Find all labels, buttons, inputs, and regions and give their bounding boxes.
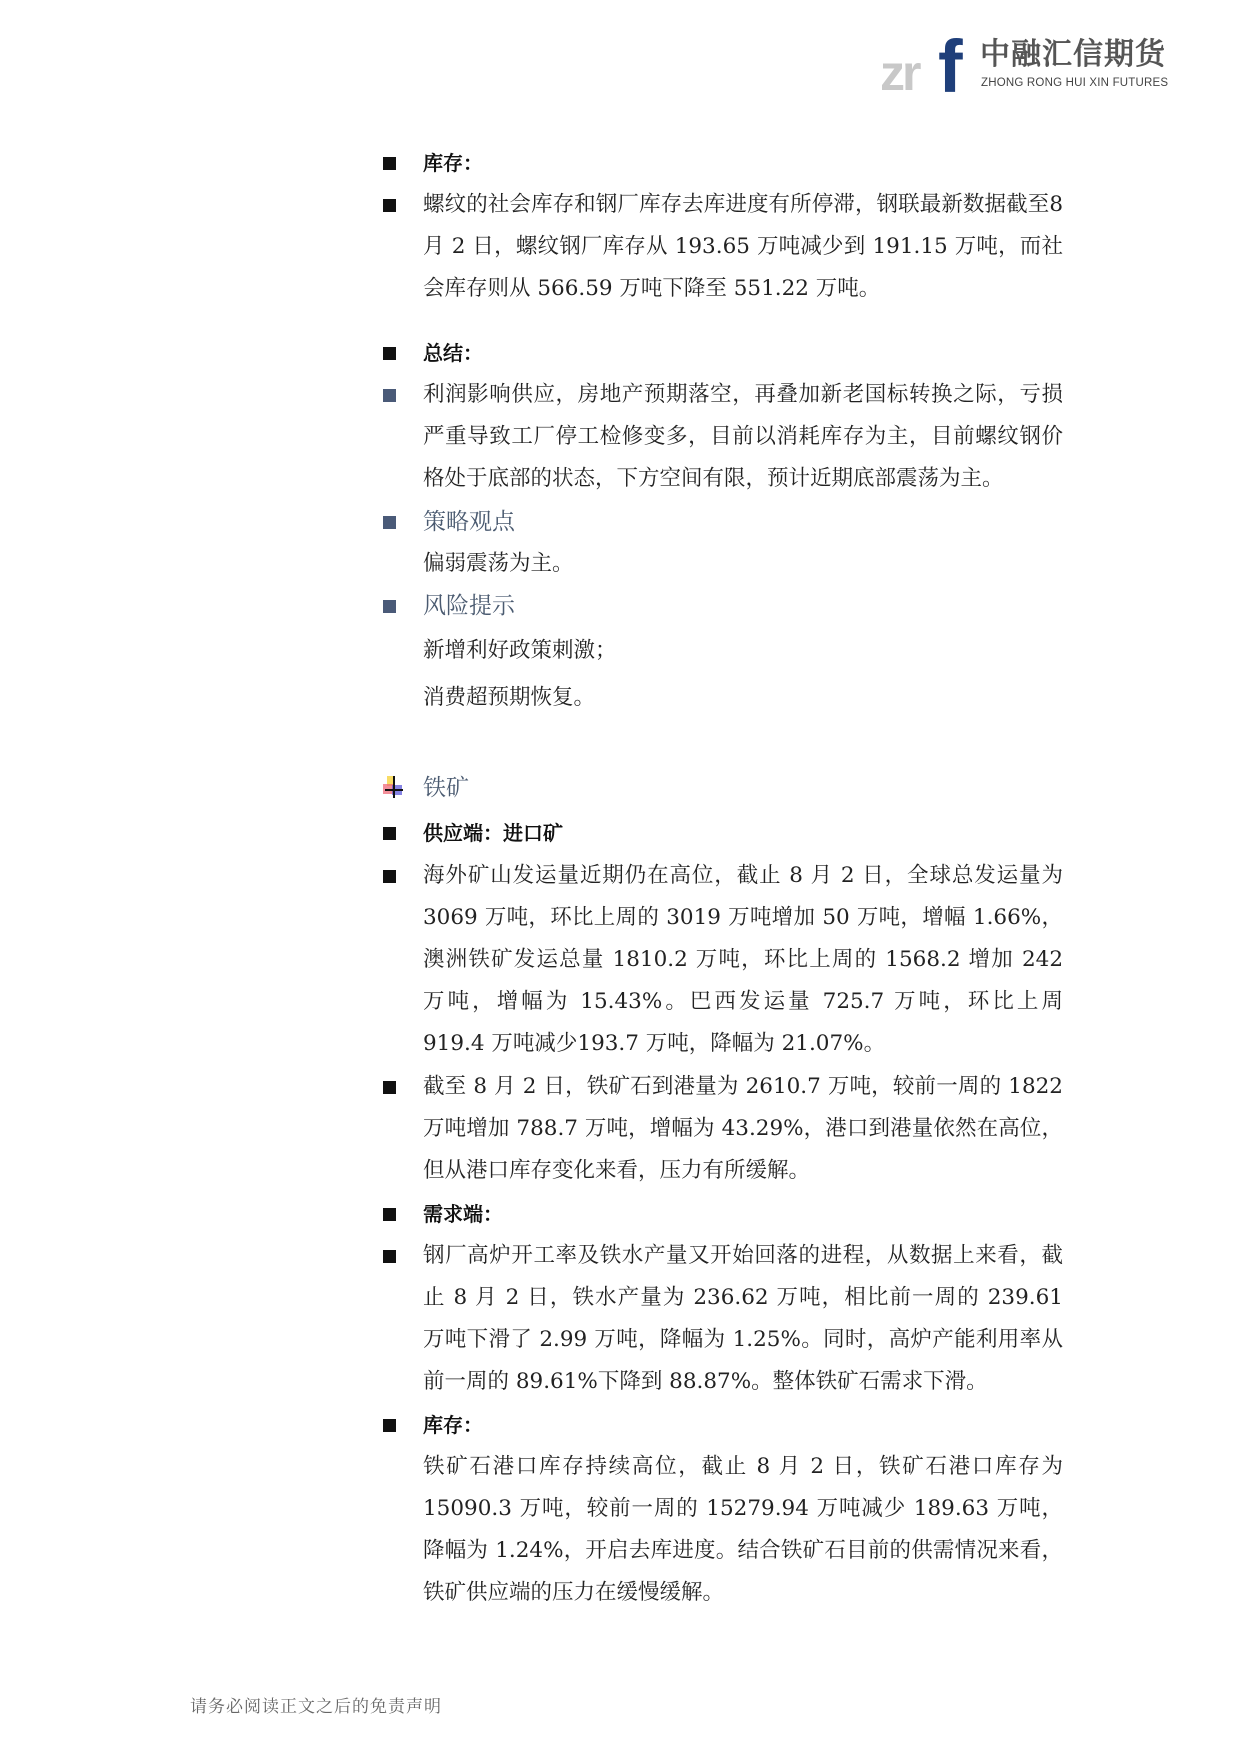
square-bullet-icon xyxy=(383,347,396,360)
paragraph-text: 利润影响供应，房地产预期落空，再叠加新老国标转换之际，亏损严重导致工厂停工检修变… xyxy=(423,374,1063,500)
disclaimer-footer: 请务必阅读正文之后的免责声明 xyxy=(190,1692,442,1717)
square-bullet-icon xyxy=(383,1081,396,1094)
section-heading: 风险提示 xyxy=(423,585,1063,627)
logo-mark-f: f xyxy=(938,30,963,104)
square-bullet-icon xyxy=(383,157,396,170)
section-label: 库存： xyxy=(423,1404,1063,1446)
square-bullet-icon xyxy=(383,600,396,613)
logo-mark-zr: zr xyxy=(880,48,918,98)
paragraph-text: 海外矿山发运量近期仍在高位，截止 8 月 2 日，全球总发运量为3069 万吨，… xyxy=(423,855,1063,1065)
square-bullet-icon xyxy=(383,1250,396,1263)
logo-company-name-en: ZHONG RONG HUI XIN FUTURES xyxy=(981,77,1168,89)
section-label: 需求端： xyxy=(423,1193,1063,1235)
section-heading: 策略观点 xyxy=(423,501,1063,543)
company-logo: zr f 中融汇信期货 ZHONG RONG HUI XIN FUTURES xyxy=(880,30,1170,94)
square-bullet-icon xyxy=(383,827,396,840)
section-label: 供应端：进口矿 xyxy=(423,812,1063,854)
logo-company-name-cn: 中融汇信期货 xyxy=(980,40,1166,70)
square-bullet-icon xyxy=(383,199,396,212)
square-bullet-icon xyxy=(383,1208,396,1221)
square-bullet-icon xyxy=(383,1419,396,1432)
colored-cross-bullet-icon xyxy=(383,776,405,798)
paragraph-text: 截至 8 月 2 日，铁矿石到港量为 2610.7 万吨，较前一周的 1822 … xyxy=(423,1066,1063,1192)
square-bullet-icon xyxy=(383,870,396,883)
paragraph-text: 钢厂高炉开工率及铁水产量又开始回落的进程，从数据上来看，截止 8 月 2 日，铁… xyxy=(423,1235,1063,1403)
square-bullet-icon xyxy=(383,389,396,402)
paragraph-text: 铁矿石港口库存持续高位，截止 8 月 2 日，铁矿石港口库存为15090.3 万… xyxy=(423,1446,1063,1614)
section-heading: 铁矿 xyxy=(423,767,1063,809)
paragraph-text: 螺纹的社会库存和钢厂库存去库进度有所停滞，钢联最新数据截至8 月 2 日，螺纹钢… xyxy=(423,184,1063,310)
section-label: 库存： xyxy=(423,142,1063,184)
paragraph-text: 偏弱震荡为主。 xyxy=(423,543,1063,585)
paragraph-text: 消费超预期恢复。 xyxy=(423,677,1063,719)
paragraph-text: 新增利好政策刺激； xyxy=(423,630,1063,672)
square-bullet-icon xyxy=(383,516,396,529)
section-label: 总结： xyxy=(423,332,1063,374)
